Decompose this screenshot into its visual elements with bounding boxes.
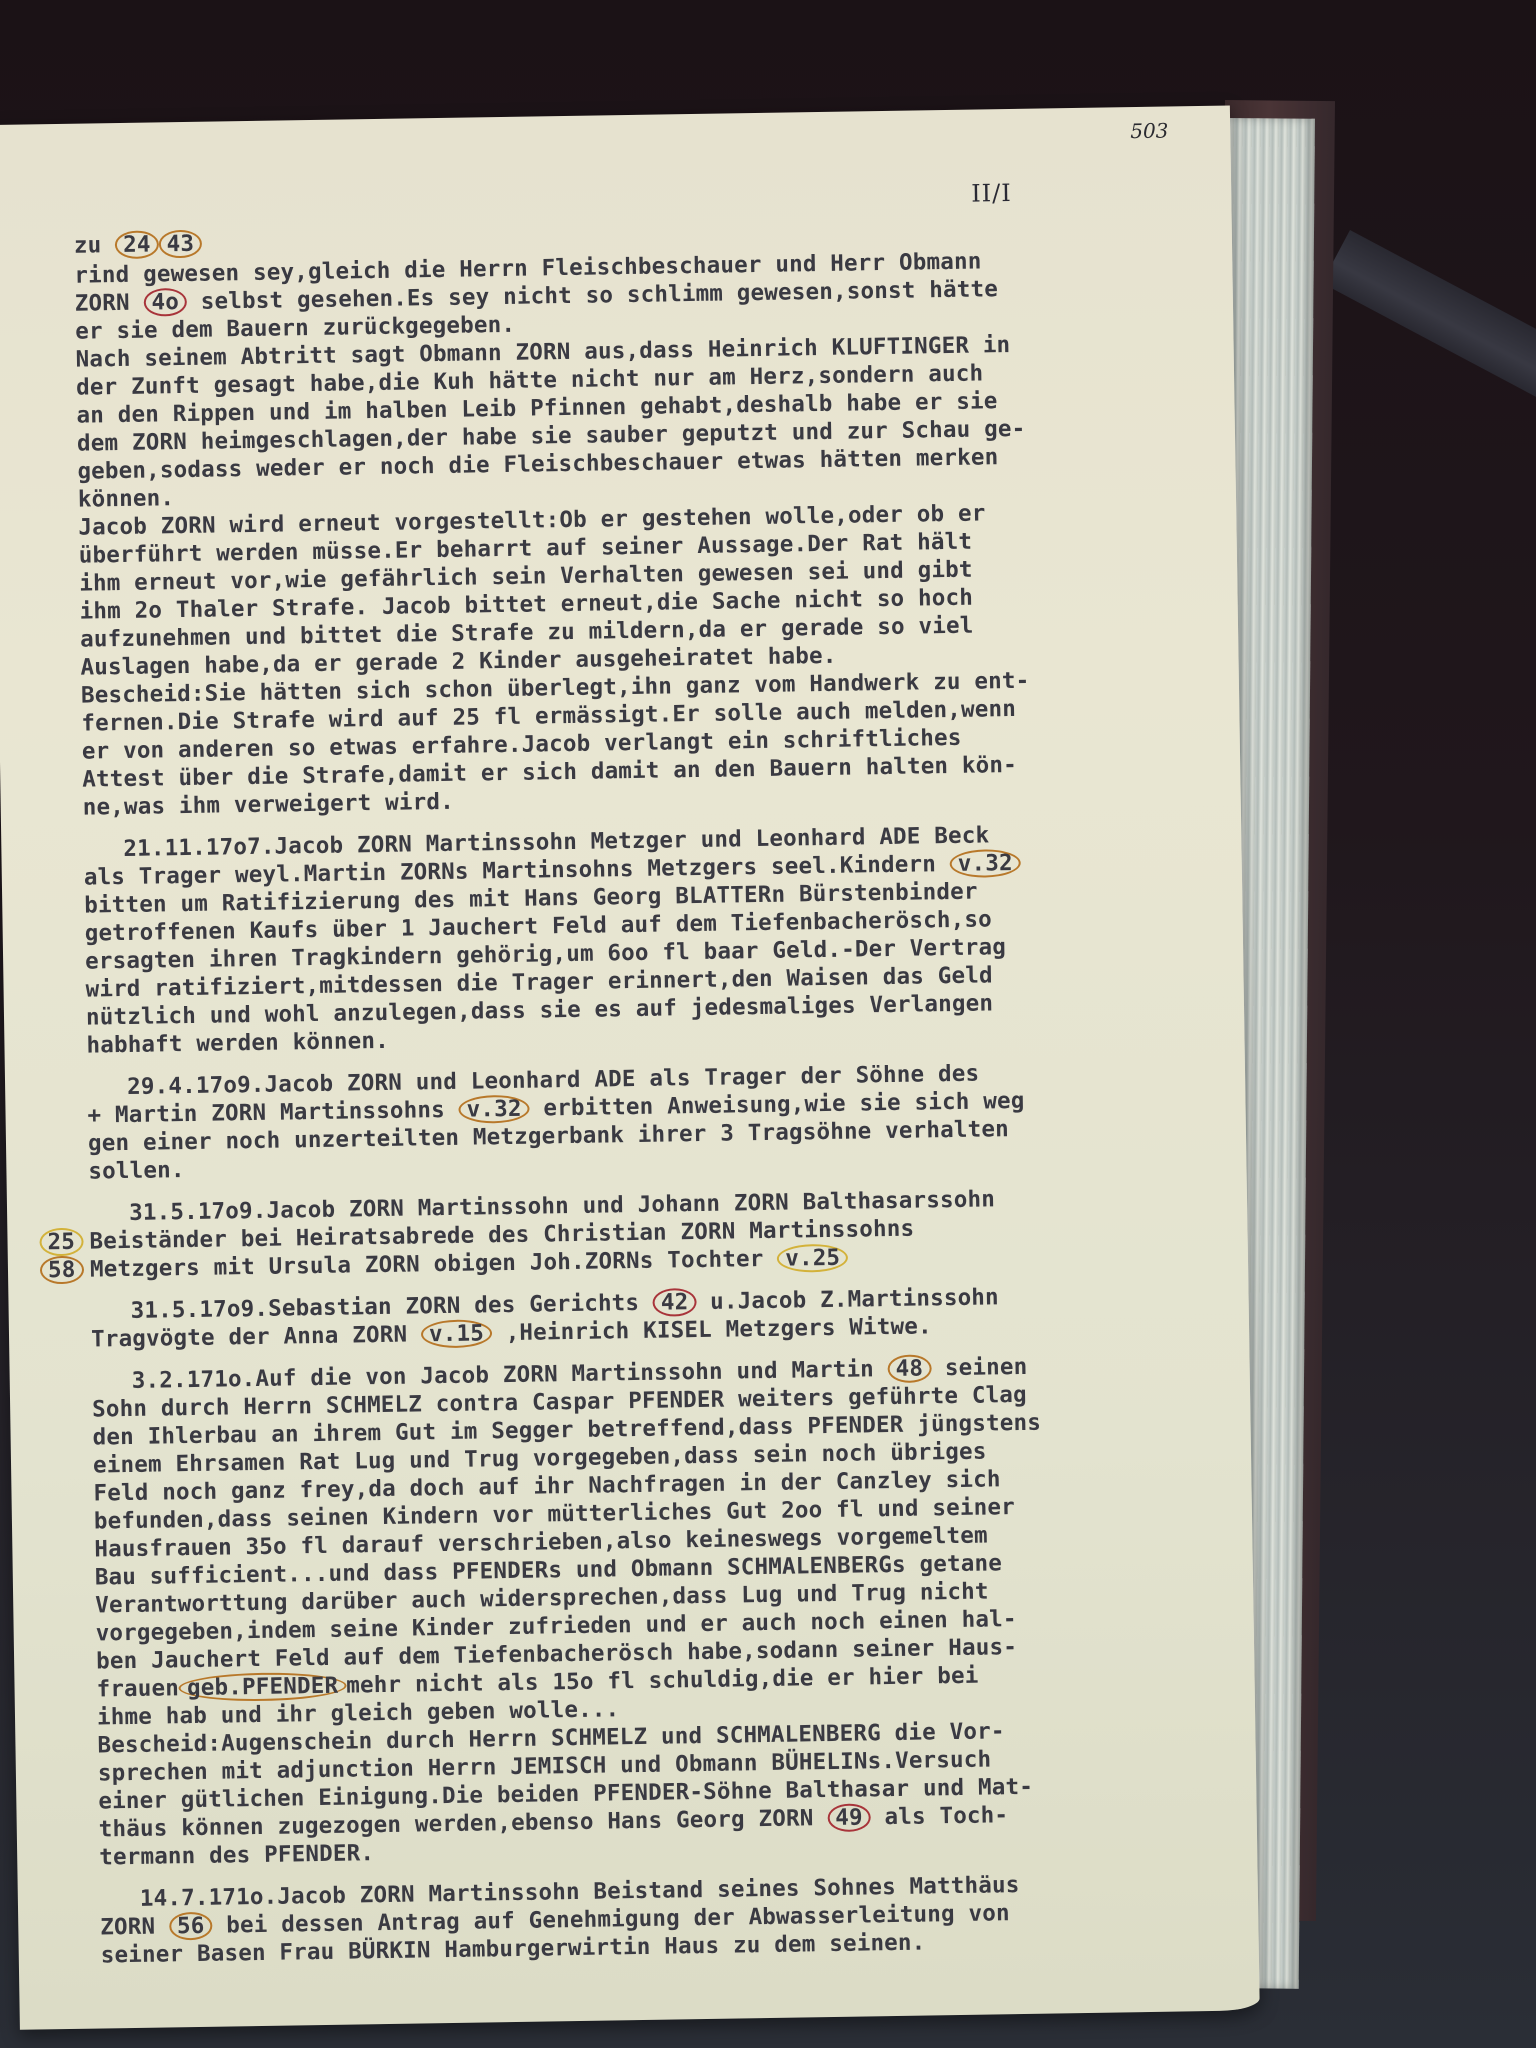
margin-references: 2558 [39,1228,83,1285]
book-page: 503 II/I zu 2443 rind gewesen sey,gleich… [0,106,1260,2030]
entry-entry-1710-07-14: 14.7.171o.Jacob ZORN Martinssohn Beistan… [100,1868,1231,1970]
ref-circle: 43 [158,230,202,259]
entry-continuation: rind gewesen sey,gleich die Herrn Fleisc… [74,244,1213,822]
entry-entry-1709-04-29: 29.4.17o9.Jacob ZORN und Leonhard ADE al… [87,1056,1219,1186]
annotation-circle: geb.PFENDER [179,1672,347,1703]
annotation-circle: v.32 [950,849,1021,878]
section-mark: II/I [971,179,1012,208]
ref-circle: 24 [115,230,159,259]
entry-entry-1709-05-31-a: 31.5.17o9.Jacob ZORN Martinssohn und Joh… [89,1182,1220,1284]
annotation-circle: 4o [143,288,187,317]
annotation-circle: 48 [887,1354,931,1383]
margin-ref-circle: 58 [40,1256,84,1285]
header-ref-prefix: zu [74,232,102,258]
annotation-circle: 42 [653,1288,697,1317]
annotation-circle: 56 [169,1912,213,1941]
page-number: 503 [1130,118,1169,143]
entry-entry-1707-11-21: 21.11.17o7.Jacob ZORN Martinssohn Metzge… [83,818,1216,1060]
annotation-circle: v.15 [421,1319,492,1348]
entry-entry-1709-05-31-b: 31.5.17o9.Sebastian ZORN des Gerichts 42… [90,1280,1221,1354]
background-shelf [1322,230,1536,405]
photo-scene: 503 II/I zu 2443 rind gewesen sey,gleich… [0,0,1536,2048]
annotation-circle: v.25 [777,1244,848,1273]
paragraph-list: rind gewesen sey,gleich die Herrn Fleisc… [74,244,1231,1970]
annotation-circle: 49 [827,1803,871,1832]
entry-entry-1710-02-03: 3.2.171o.Auf die von Jacob ZORN Martinss… [92,1350,1230,1872]
typed-text: zu 2443 rind gewesen sey,gleich die Herr… [74,214,1231,1984]
annotation-circle: v.32 [458,1095,529,1124]
margin-ref-circle: 25 [39,1228,83,1257]
